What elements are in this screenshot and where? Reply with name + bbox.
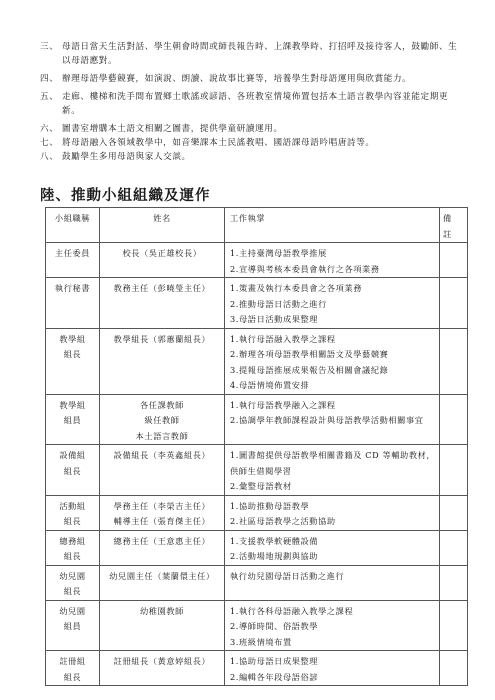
table-row: 教學組 組員 各任課教師 級任教師 本土語言教師 1.執行母語教學融入之課程 2… [46,394,468,445]
cell-remarks [440,565,468,600]
cell-duties: 1.主持臺灣母語教學推展 2.宣導與考核本委員會執行之各項業務 [225,243,440,278]
list-item-number: 六、 [40,122,58,136]
cell-role: 幼兒園 組長 [46,565,100,600]
table-header-row: 小組職稱 姓名 工作執掌 備 註 [46,208,468,243]
table-row: 設備組 組長 設備組長（李英鑫組長） 1.圖書館提供母語教學相關書籍及 CD 等… [46,445,468,496]
cell-role: 註冊組 組長 [46,651,100,686]
header-remarks: 備 註 [440,208,468,243]
list-item: 七、 將母語融入各領域教學中，如音樂課本土民謠教唱、國語課母語吟唱唐詩等。 [40,136,460,150]
cell-duties: 執行幼兒園母語日活動之進行 [225,565,440,600]
table-row: 總務組 組長 總務主任（王意惠主任） 1.支援教學軟硬體設備 2.活動場地規劃與… [46,530,468,565]
cell-duties: 1.協助推動母語教學 2.社區母語教學之活動協助 [225,495,440,530]
list-item-text: 圖書室增購本土語文相關之圖書，提供學童研讀運用。 [62,124,283,134]
cell-name: 校長（吳正雄校長） [100,243,225,278]
cell-role: 執行秘書 [46,278,100,329]
cell-role: 教學組 組長 [46,328,100,394]
table-row: 教學組 組長 教學組長（郭蕙蘭組長） 1.執行母語融入教學之課程 2.辦理各項母… [46,328,468,394]
table-row: 註冊組 組長 註冊組長（黃意婷組長） 1.協助母語日成果整理 2.編輯各年段母語… [46,651,468,686]
cell-role: 總務組 組長 [46,530,100,565]
cell-name: 總務主任（王意惠主任） [100,530,225,565]
list-item-number: 七、 [40,136,58,150]
table-row: 幼兒園 組長 幼兒園主任（葉蘭儇主任） 執行幼兒園母語日活動之進行 [46,565,468,600]
header-duties: 工作執掌 [225,208,440,243]
list-item-number: 五、 [40,90,58,104]
list-item-number: 三、 [40,40,58,54]
cell-duties: 1.圖書館提供母語教學相關書籍及 CD 等輔助教材，供師生借閱學習 2.彙整母語… [225,445,440,496]
cell-name: 註冊組長（黃意婷組長） [100,651,225,686]
cell-remarks [440,651,468,686]
list-item-text: 將母語融入各領域教學中，如音樂課本土民謠教唱、國語課母語吟唱唐詩等。 [62,138,375,148]
cell-remarks [440,530,468,565]
cell-duties: 1.協助母語日成果整理 2.編輯各年段母語俗諺 [225,651,440,686]
table-row: 執行秘書 教務主任（彭曉瑩主任） 1.策畫及執行本委員會之各項業務 2.推動母語… [46,278,468,329]
cell-role: 設備組 組長 [46,445,100,496]
table-row: 主任委員 校長（吳正雄校長） 1.主持臺灣母語教學推展 2.宣導與考核本委員會執… [46,243,468,278]
header-name: 姓名 [100,208,225,243]
cell-remarks [440,278,468,329]
list-item: 三、 母語日當天生活對話、學生朝會時間或師長報告時、上課教學時、打招呼及接待客人… [40,40,460,68]
cell-remarks [440,394,468,445]
cell-name: 教務主任（彭曉瑩主任） [100,278,225,329]
cell-role: 教學組 組員 [46,394,100,445]
table-row: 幼兒園 組員 幼稚園教師 1.執行各科母語融入教學之課程 2.導師時間、俗語教學… [46,600,468,651]
cell-duties: 1.策畫及執行本委員會之各項業務 2.推動母語日活動之進行 3.母語日活動成果整… [225,278,440,329]
cell-duties: 1.執行母語融入教學之課程 2.辦理各項母語教學相關語文及學藝競賽 3.提報母語… [225,328,440,394]
cell-name: 設備組長（李英鑫組長） [100,445,225,496]
list-item-number: 四、 [40,72,58,86]
promotion-measures-list: 三、 母語日當天生活對話、學生朝會時間或師長報告時、上課教學時、打招呼及接待客人… [40,40,460,164]
list-item-number: 八、 [40,150,58,164]
cell-duties: 1.執行各科母語融入教學之課程 2.導師時間、俗語教學 3.班級情境布置 [225,600,440,651]
header-role: 小組職稱 [46,208,100,243]
cell-role: 幼兒園 組員 [46,600,100,651]
cell-remarks [440,243,468,278]
cell-remarks [440,445,468,496]
cell-duties: 1.執行母語教學融入之課程 2.協調學年教師課程設計與母語教學活動相關事宜 [225,394,440,445]
list-item: 四、 辦理母語學藝競賽，如演說、朗讀、說故事比賽等，培養學生對母語運用與欣賞能力… [40,72,460,86]
cell-role: 活動組 組長 [46,495,100,530]
list-item: 八、 鼓勵學生多用母語與家人交談。 [40,150,460,164]
organization-table: 小組職稱 姓名 工作執掌 備 註 主任委員 校長（吳正雄校長） 1.主持臺灣母語… [45,207,468,686]
cell-name: 幼兒園主任（葉蘭儇主任） [100,565,225,600]
section-heading: 陸、推動小組組織及運作 [40,184,211,205]
cell-role: 主任委員 [46,243,100,278]
cell-name: 各任課教師 級任教師 本土語言教師 [100,394,225,445]
cell-remarks [440,328,468,394]
table-row: 活動組 組長 學務主任（李榮吉主任） 輔導主任（張育傑主任） 1.協助推動母語教… [46,495,468,530]
cell-duties: 1.支援教學軟硬體設備 2.活動場地規劃與協助 [225,530,440,565]
list-item-text: 走廊、樓梯和洗手間布置鄉土歌謠或諺語、各班教室情境佈置包括本土語言教學內容並能定… [62,92,448,116]
cell-name: 教學組長（郭蕙蘭組長） [100,328,225,394]
cell-remarks [440,495,468,530]
list-item: 五、 走廊、樓梯和洗手間布置鄉土歌謠或諺語、各班教室情境佈置包括本土語言教學內容… [40,90,460,118]
document-page: 三、 母語日當天生活對話、學生朝會時間或師長報告時、上課教學時、打招呼及接待客人… [0,0,495,700]
list-item-text: 辦理母語學藝競賽，如演說、朗讀、說故事比賽等，培養學生對母語運用與欣賞能力。 [62,74,411,84]
list-item: 六、 圖書室增購本土語文相關之圖書，提供學童研讀運用。 [40,122,460,136]
cell-name: 幼稚園教師 [100,600,225,651]
list-item-text: 母語日當天生活對話、學生朝會時間或師長報告時、上課教學時、打招呼及接待客人，鼓勵… [62,42,457,66]
cell-remarks [440,600,468,651]
cell-name: 學務主任（李榮吉主任） 輔導主任（張育傑主任） [100,495,225,530]
list-item-text: 鼓勵學生多用母語與家人交談。 [62,152,191,162]
